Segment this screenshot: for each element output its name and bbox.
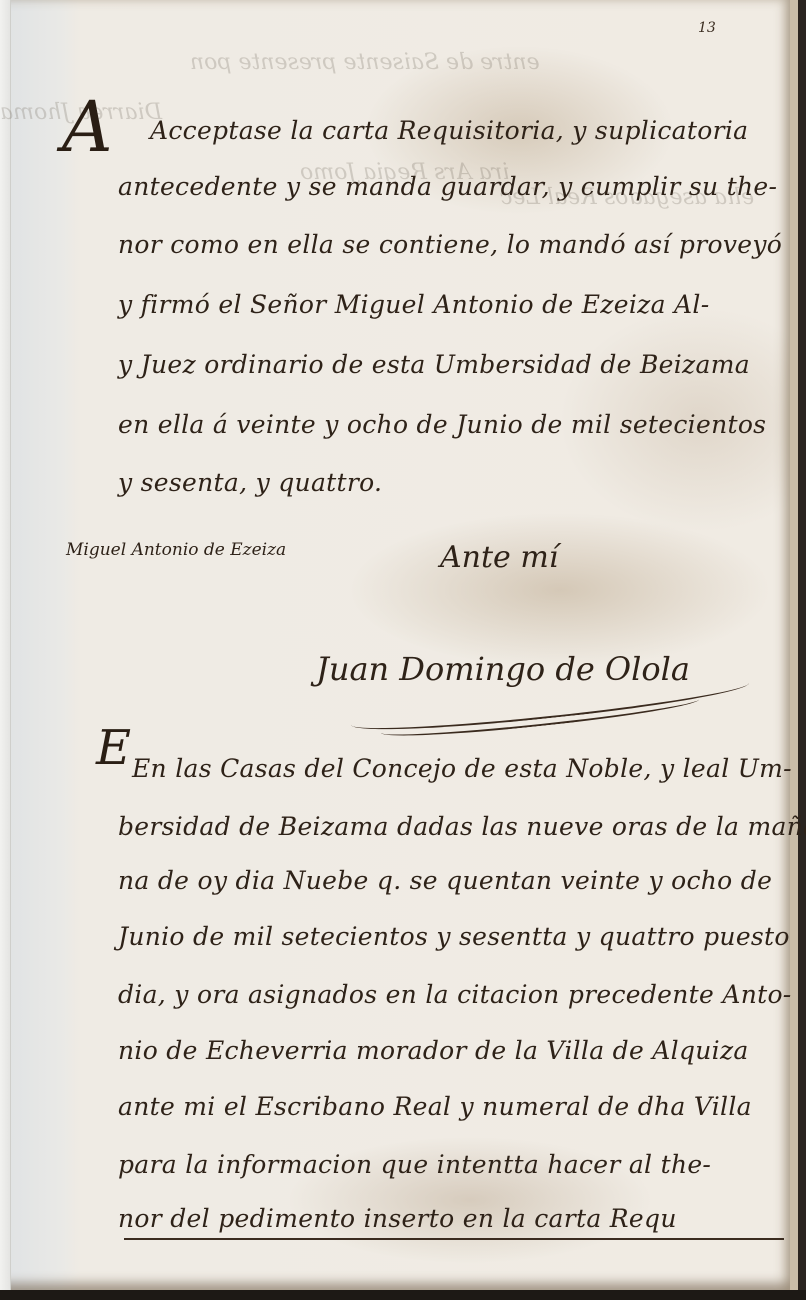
text-line: nio de Echeverria morador de la Villa de… xyxy=(118,1036,749,1065)
text-line: Junio de mil setecientos y sesentta y qu… xyxy=(118,922,790,951)
folio-number: 13 xyxy=(698,20,716,36)
text-line: bersidad de Beizama dadas las nueve oras… xyxy=(118,812,806,841)
text-line: antecedente y se manda guardar, y cumpli… xyxy=(118,172,777,201)
adjacent-page-edge xyxy=(0,0,11,1300)
text-line: y sesenta, y quattro. xyxy=(118,468,382,497)
text-line: para la informacion que intentta hacer a… xyxy=(118,1150,711,1179)
text-line: nor del pedimento inserto en la carta Re… xyxy=(118,1204,677,1233)
text-line: en ella á veinte y ocho de Junio de mil … xyxy=(118,410,766,439)
page-bottom-edge xyxy=(0,1290,806,1300)
signature-ante-mi: Ante mí xyxy=(440,540,558,575)
text-line: y firmó el Señor Miguel Antonio de Ezeiz… xyxy=(118,290,709,319)
text-line: nor como en ella se contiene, lo mandó a… xyxy=(118,230,782,259)
decorated-initial: A xyxy=(62,86,113,168)
decorated-initial: E xyxy=(96,720,131,776)
bleed-through-text: entre de Saisente presente pon xyxy=(190,50,540,75)
manuscript-page: entre de Saisente presente pon Diarrea J… xyxy=(0,0,798,1290)
text-line: ante mi el Escribano Real y numeral de d… xyxy=(118,1092,752,1121)
text-line: y Juez ordinario de esta Umbersidad de B… xyxy=(118,350,750,379)
text-line: En las Casas del Concejo de esta Noble, … xyxy=(132,754,792,783)
text-line: na de oy dia Nuebe q. se quentan veinte … xyxy=(118,866,772,895)
text-line: Acceptase la carta Requisitoria, y supli… xyxy=(150,116,748,145)
text-line: dia, y ora asignados en la citacion prec… xyxy=(118,980,792,1009)
closing-rule xyxy=(124,1238,784,1240)
signature-judge: Miguel Antonio de Ezeiza xyxy=(66,540,286,560)
